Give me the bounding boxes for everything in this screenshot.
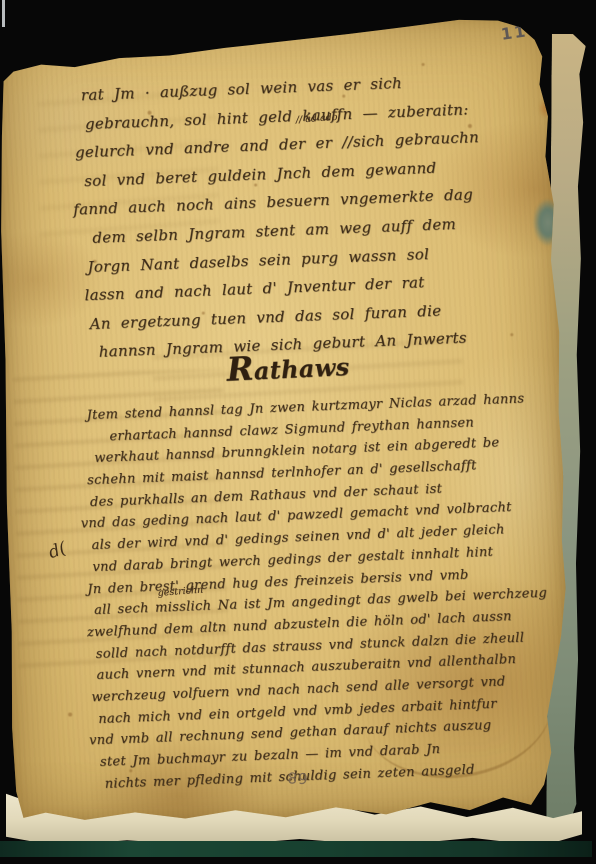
manuscript-page: 11 rat Jm · außzug sol wein vas er sich … <box>0 12 570 824</box>
green-board-strip <box>0 841 592 857</box>
foxing-spot <box>422 63 425 66</box>
scan-edge-sliver <box>2 0 5 27</box>
archive-page-number: 89 <box>287 769 309 788</box>
margin-mark: d( <box>46 538 69 563</box>
folio-number: 11 <box>500 21 529 44</box>
foxing-spot <box>68 712 72 716</box>
manuscript-scan: 11 rat Jm · außzug sol wein vas er sich … <box>0 0 596 864</box>
